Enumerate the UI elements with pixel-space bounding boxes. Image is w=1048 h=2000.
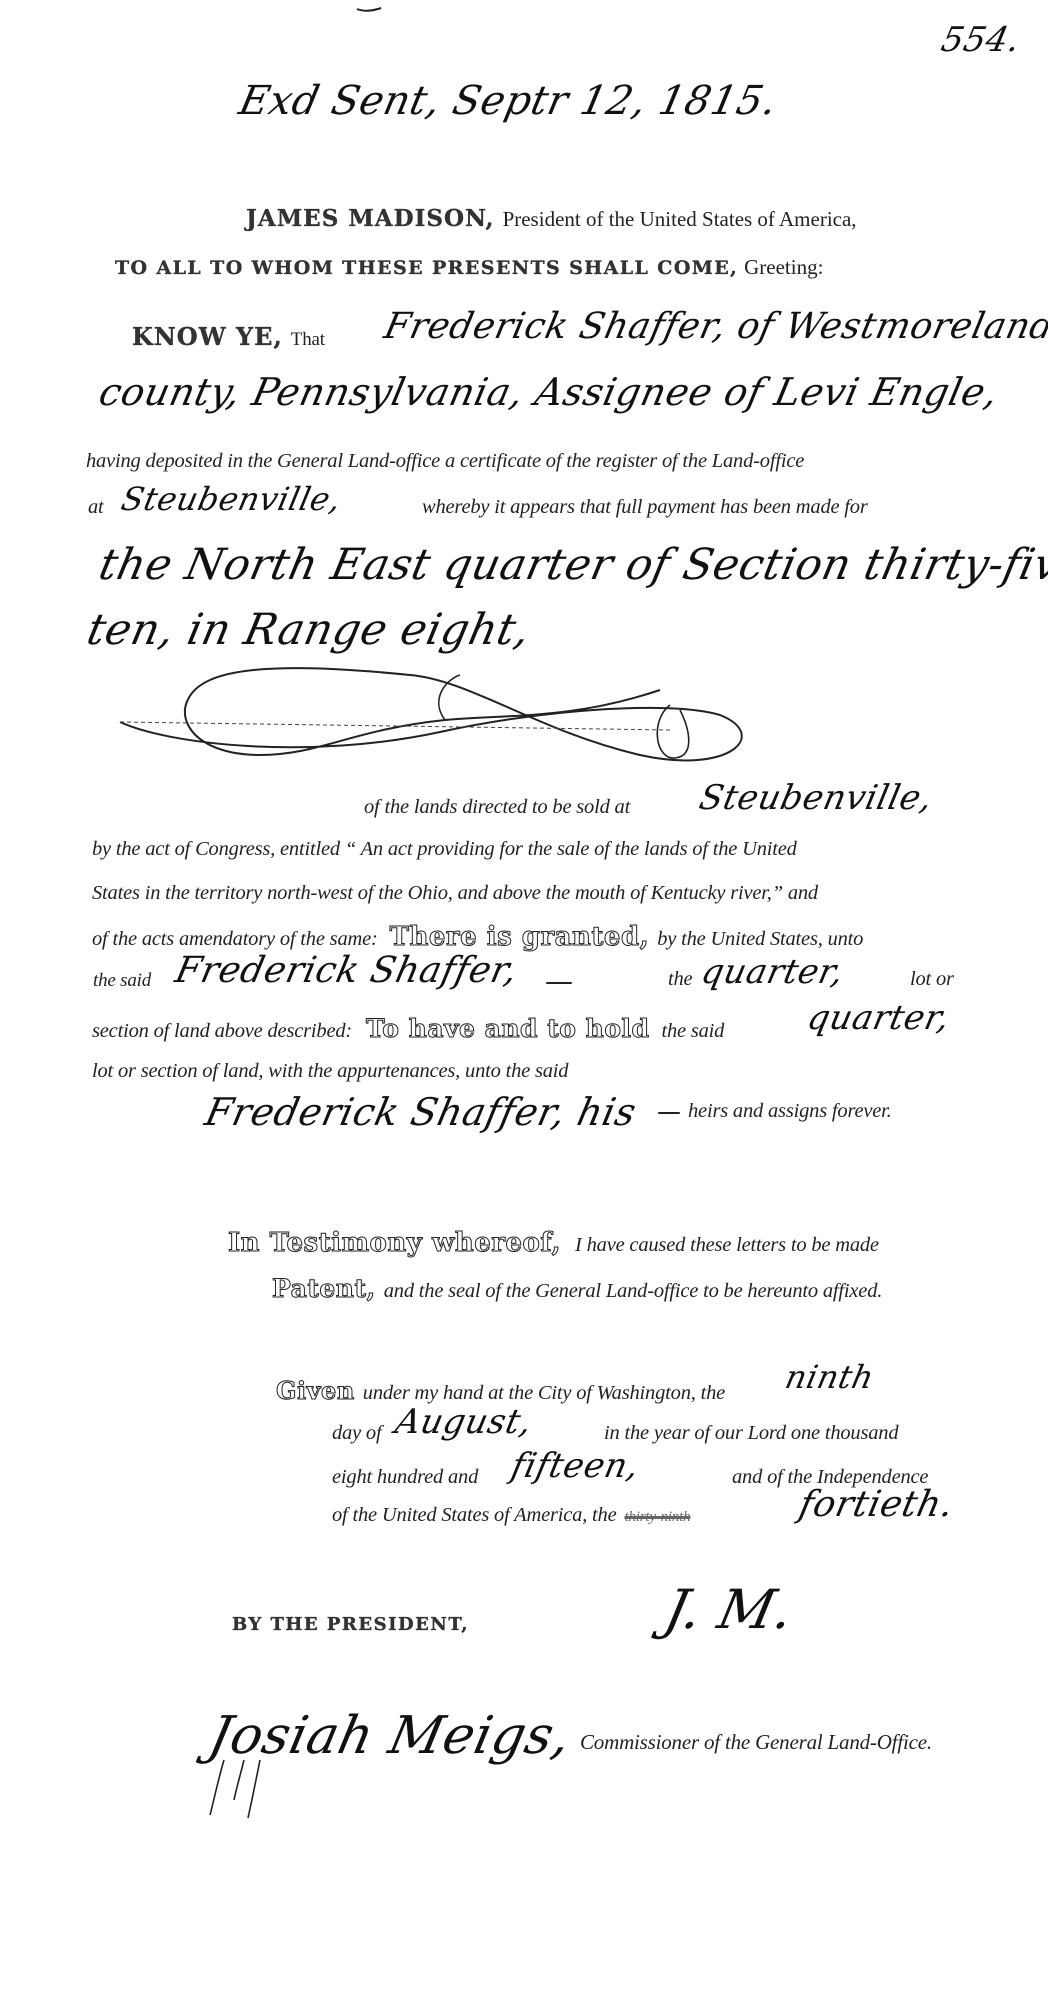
know-ye-heading: KNOW YE, (132, 322, 283, 351)
day-of-text: day of (332, 1422, 381, 1445)
given-text1: under my hand at the City of Washington,… (363, 1382, 725, 1404)
land-office-location-handwritten: Steubenville, (118, 480, 345, 518)
greeting-word: Greeting: (744, 255, 823, 279)
given-line1: Given under my hand at the City of Washi… (276, 1376, 725, 1405)
given-line4: of the United States of America, the thi… (332, 1504, 690, 1527)
president-name: JAMES MADISON, (246, 205, 495, 232)
greeting-line: TO ALL TO WHOM THESE PRESENTS SHALL COME… (115, 255, 823, 280)
grantee-handwritten-line1: Frederick Shaffer, of Westmoreland (381, 306, 1048, 347)
testimony-line1: In Testimony whereof, I have caused thes… (228, 1228, 879, 1258)
the-said-text: the said (661, 1020, 724, 1042)
land-patent-document: 554. Exd Sent, Septr 12, 1815. JAMES MAD… (0, 0, 1048, 2000)
year-of-lord-text: in the year of our Lord one thousand (604, 1422, 898, 1445)
in-testimony-blackletter: In Testimony whereof, (228, 1228, 561, 1258)
page-number: 554. (938, 20, 1024, 60)
day-handwritten: ninth (782, 1358, 877, 1396)
sold-at-location-handwritten: Steubenville, (696, 778, 937, 818)
unit2-handwritten: quarter, (804, 998, 954, 1038)
filler-dash-2 (658, 1112, 680, 1114)
act-line3-prefix: of the acts amendatory of the same: (92, 928, 378, 950)
lot-or-text: lot or (910, 968, 954, 991)
signature-descenders-decoration (100, 1760, 400, 1840)
that-word: That (291, 329, 325, 350)
unit-handwritten: quarter, (698, 952, 848, 992)
act-line3-suffix: by the United States, unto (657, 928, 863, 950)
sold-at-prefix: of the lands directed to be sold at (364, 796, 630, 819)
independence-year-handwritten: fortieth. (796, 1484, 958, 1525)
president-initials-signature: J. M. (659, 1578, 799, 1641)
commissioner-title: Commissioner of the General Land-Office. (580, 1730, 932, 1755)
header-note-handwritten: Exd Sent, Septr 12, 1815. (235, 78, 781, 124)
patent-blackletter: Patent, (272, 1274, 376, 1303)
land-description-line1: the North East quarter of Section thirty… (95, 540, 1048, 590)
given-blackletter: Given (276, 1376, 355, 1405)
year-handwritten: fifteen, (508, 1446, 643, 1486)
struck-out-text: thirty-ninth (625, 1509, 691, 1525)
by-the-president-label: BY THE PRESIDENT, (232, 1614, 469, 1635)
deposit-at-word: at (88, 496, 104, 519)
there-is-granted-blackletter: There is granted, (390, 922, 650, 952)
greeting-caps: TO ALL TO WHOM THESE PRESENTS SHALL COME… (115, 257, 738, 279)
to-have-and-to-hold-blackletter: To have and to hold (366, 1014, 649, 1043)
section-described-text: section of land above described: (92, 1020, 352, 1042)
testimony-text1: I have caused these letters to be made (575, 1234, 879, 1256)
title-line: JAMES MADISON, President of the United S… (246, 205, 857, 232)
act-text-line3: of the acts amendatory of the same: Ther… (92, 922, 863, 952)
heirs-assigns-text: heirs and assigns forever. (688, 1100, 892, 1123)
grantee-name-handwritten: Frederick Shaffer, (172, 950, 522, 991)
flourish-decoration (110, 660, 810, 770)
testimony-text2: and the seal of the General Land-office … (384, 1280, 882, 1302)
month-handwritten: August, (392, 1402, 536, 1442)
testimony-line2: Patent, and the seal of the General Land… (272, 1274, 882, 1303)
act-text-line2: States in the territory north-west of th… (92, 882, 818, 905)
heirs-grantee-handwritten: Frederick Shaffer, his (201, 1090, 640, 1134)
habendum-line: section of land above described: To have… (92, 1014, 724, 1043)
act-text-line1: by the act of Congress, entitled “ An ac… (92, 838, 797, 861)
stray-mark-decoration (355, 4, 385, 14)
land-description-line2: ten, in Range eight, (83, 605, 535, 655)
filler-dash (546, 982, 572, 984)
the-word: the (668, 968, 692, 991)
united-states-text: of the United States of America, the (332, 1504, 617, 1526)
eight-hundred-text: eight hundred and (332, 1466, 478, 1489)
the-said-prefix: the said (93, 970, 151, 992)
deposit-text-line2: whereby it appears that full payment has… (422, 496, 868, 519)
president-title: President of the United States of Americ… (503, 207, 857, 231)
deposit-text-line1: having deposited in the General Land-off… (86, 450, 804, 473)
know-ye-line: KNOW YE, That (132, 322, 325, 351)
appurtenances-text: lot or section of land, with the appurte… (92, 1060, 568, 1083)
grantee-handwritten-line2: county, Pennsylvania, Assignee of Levi E… (95, 370, 1002, 414)
commissioner-signature: Josiah Meigs, (204, 1706, 577, 1766)
